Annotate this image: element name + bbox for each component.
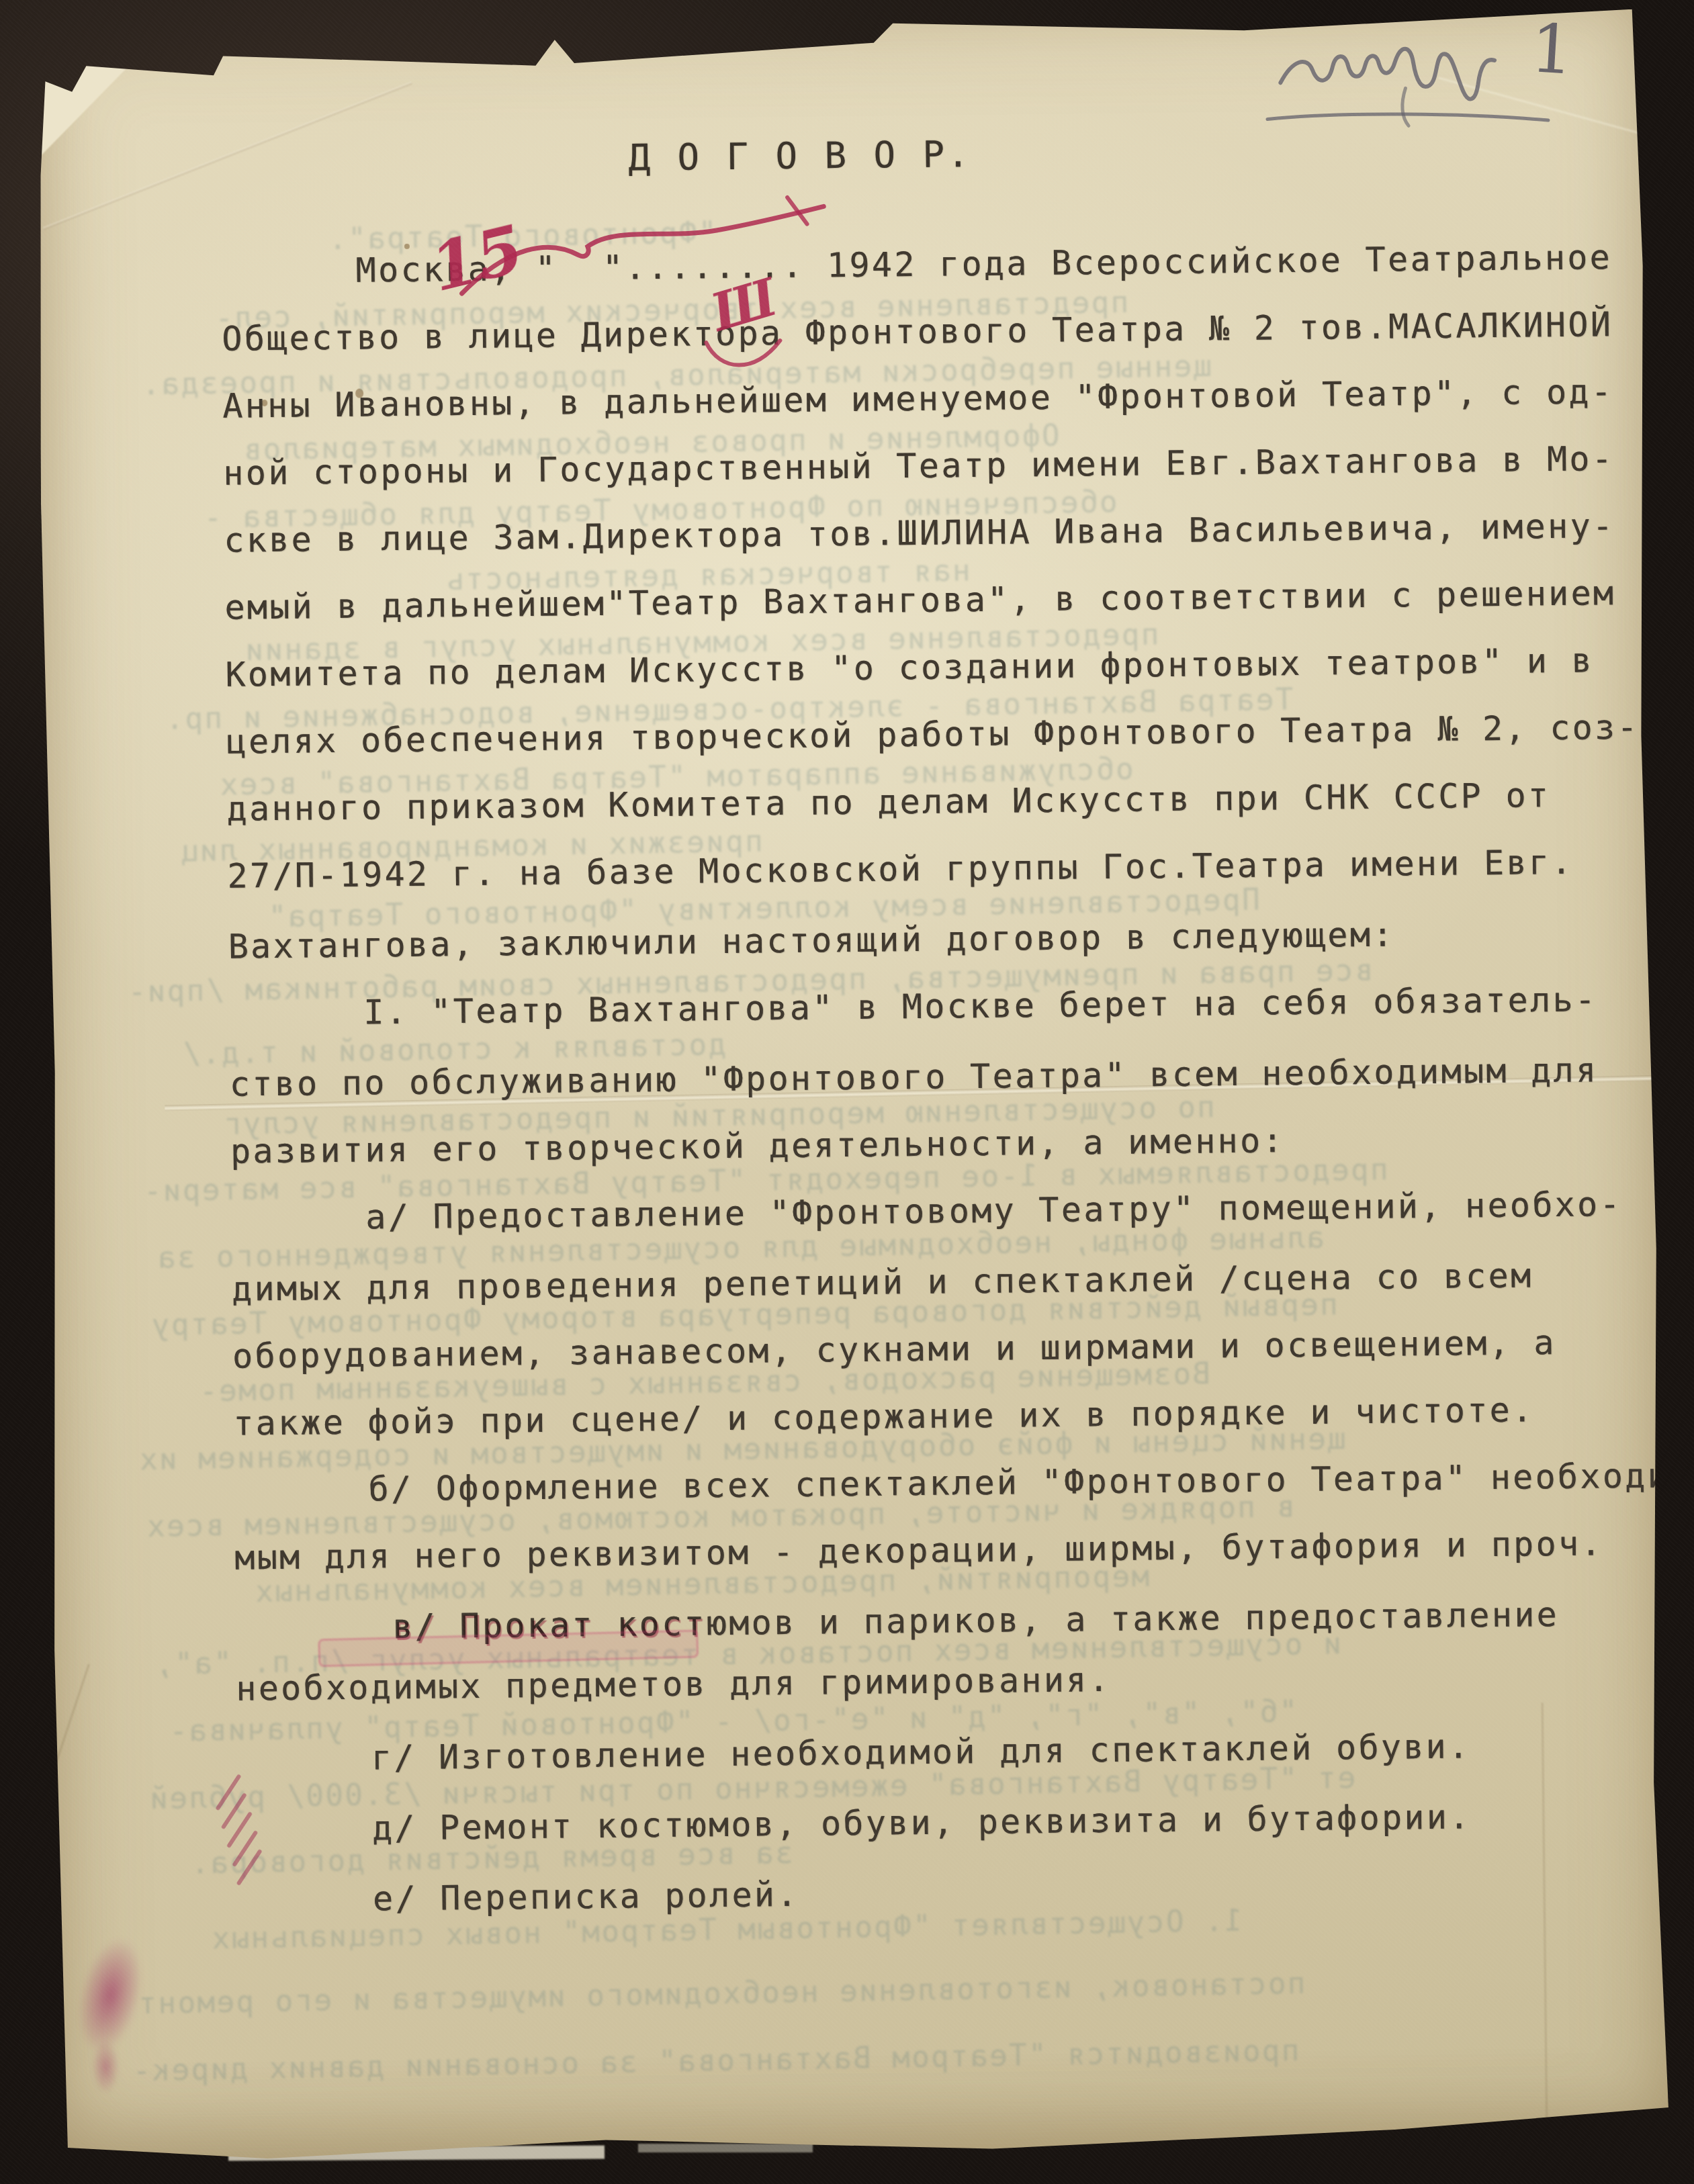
crease-line — [1542, 1702, 1548, 2132]
ink-smudge — [68, 1931, 152, 2060]
document-title: Д О Г О В О Р. — [628, 133, 972, 179]
bleedthrough-text: производится "Театром Вахтангова" за осн… — [131, 2034, 1300, 2088]
bleedthrough-text: постановок, изготовление необходимого им… — [137, 1966, 1306, 2021]
red-underline-curve — [701, 334, 795, 395]
edge-smudge — [553, 21, 617, 32]
typed-line: е/ Переписка ролей. — [238, 1875, 799, 1920]
ink-smudge — [92, 2040, 120, 2094]
page-number: 1 — [1528, 9, 1575, 90]
pencil-scribble — [1265, 22, 1562, 140]
edge-smudge — [734, 22, 774, 30]
crease-line — [36, 1664, 89, 2148]
corner-fold — [36, 52, 157, 177]
underlying-sheet-edge — [638, 2144, 813, 2152]
corner-fold-crease — [36, 9, 152, 69]
scan-background: "Фронтового Театра". представление всех … — [0, 0, 1694, 2184]
document-page: "Фронтового Театра". представление всех … — [36, 9, 1668, 2163]
typed-line: емый в дальнейшем"Театр Вахтангова", в с… — [224, 574, 1615, 627]
red-flourish-stroke — [414, 189, 858, 328]
